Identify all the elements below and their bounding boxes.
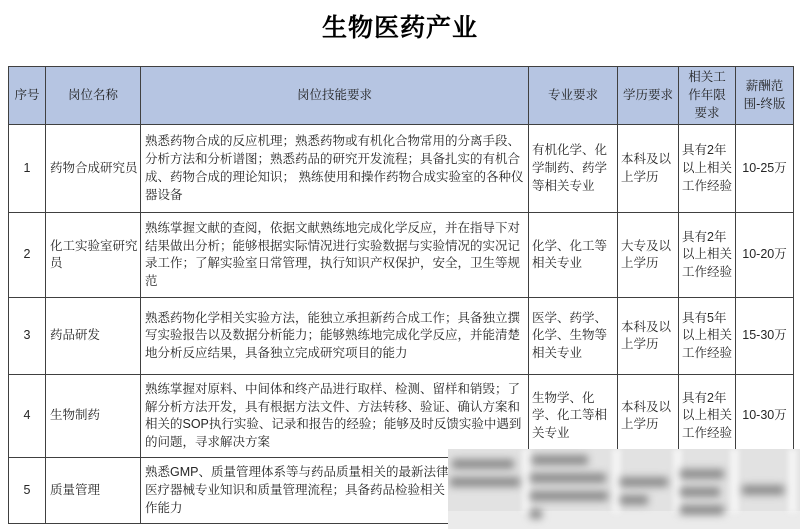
cell-experience: 具有2年以上相关工作经验	[679, 375, 736, 458]
cell-major: 医学、药学、化学、生物等相关专业	[529, 298, 618, 375]
table-row: 4 生物制药 熟练掌握对原料、中间体和终产品进行取样、检测、留样和销毁；了解分析…	[9, 375, 794, 458]
col-header-no: 序号	[9, 67, 46, 125]
cell-education: 本科及以上学历	[618, 125, 679, 213]
redacted-column-gap	[730, 449, 739, 513]
cell-no: 2	[9, 213, 46, 298]
cell-position: 化工实验室研究员	[46, 213, 141, 298]
redacted-blob	[450, 477, 520, 487]
redacted-blob	[742, 485, 784, 495]
cell-no: 1	[9, 125, 46, 213]
redacted-region	[448, 449, 800, 529]
table-row: 1 药物合成研究员 熟悉药物合成的反应机理；熟悉药物或有机化合物常用的分离手段、…	[9, 125, 794, 213]
col-header-skills: 岗位技能要求	[141, 67, 529, 125]
cell-major: 生物学、化学、化工等相关专业	[529, 375, 618, 458]
cell-experience: 具有2年以上相关工作经验	[679, 213, 736, 298]
redacted-blob	[530, 473, 606, 483]
redacted-column-gap	[788, 449, 797, 513]
cell-skills: 熟悉药物合成的反应机理；熟悉药物或有机化合物常用的分离手段、分析方法和分析谱图；…	[141, 125, 529, 213]
cell-education: 大专及以上学历	[618, 213, 679, 298]
cell-major: 化学、化工等相关专业	[529, 213, 618, 298]
cell-position: 药物合成研究员	[46, 125, 141, 213]
col-header-major: 专业要求	[529, 67, 618, 125]
cell-education: 本科及以上学历	[618, 375, 679, 458]
redacted-blob	[452, 459, 514, 469]
redacted-blob	[620, 477, 668, 487]
redacted-blob	[680, 505, 724, 515]
cell-salary: 15-30万	[736, 298, 794, 375]
cell-experience: 具有5年以上相关工作经验	[679, 298, 736, 375]
cell-education: 本科及以上学历	[618, 298, 679, 375]
cell-skills: 熟练掌握文献的查阅，依据文献熟练地完成化学反应，并在指导下对结果做出分析；能够根…	[141, 213, 529, 298]
redacted-blob	[530, 491, 608, 501]
cell-no: 3	[9, 298, 46, 375]
redacted-blob	[680, 469, 724, 479]
cell-position: 药品研发	[46, 298, 141, 375]
redacted-blob	[530, 509, 542, 519]
cell-position: 生物制药	[46, 375, 141, 458]
header-row: 序号 岗位名称 岗位技能要求 专业要求 学历要求 相关工作年限要求 薪酬范围-终…	[9, 67, 794, 125]
cell-salary: 10-30万	[736, 375, 794, 458]
redacted-blob	[680, 487, 720, 497]
cell-skills: 熟悉药物化学相关实验方法，能独立承担新药合成工作；具备独立撰写实验报告以及数据分…	[141, 298, 529, 375]
redacted-blob	[532, 455, 588, 465]
col-header-salary: 薪酬范围-终版	[736, 67, 794, 125]
table-row: 3 药品研发 熟悉药物化学相关实验方法，能独立承担新药合成工作；具备独立撰写实验…	[9, 298, 794, 375]
cell-skills: 熟练掌握对原料、中间体和终产品进行取样、检测、留样和销毁；了解分析方法开发，具有…	[141, 375, 529, 458]
cell-position: 质量管理	[46, 458, 141, 524]
table-row: 2 化工实验室研究员 熟练掌握文献的查阅，依据文献熟练地完成化学反应，并在指导下…	[9, 213, 794, 298]
cell-experience: 具有2年以上相关工作经验	[679, 125, 736, 213]
col-header-position: 岗位名称	[46, 67, 141, 125]
page-title: 生物医药产业	[0, 8, 800, 44]
cell-major: 有机化学、化学制药、药学等相关专业	[529, 125, 618, 213]
redacted-blob	[620, 495, 648, 505]
cell-salary: 10-25万	[736, 125, 794, 213]
cell-salary: 10-20万	[736, 213, 794, 298]
cell-no: 4	[9, 375, 46, 458]
redacted-column-gap	[673, 449, 682, 513]
col-header-experience: 相关工作年限要求	[679, 67, 736, 125]
cell-no: 5	[9, 458, 46, 524]
col-header-education: 学历要求	[618, 67, 679, 125]
